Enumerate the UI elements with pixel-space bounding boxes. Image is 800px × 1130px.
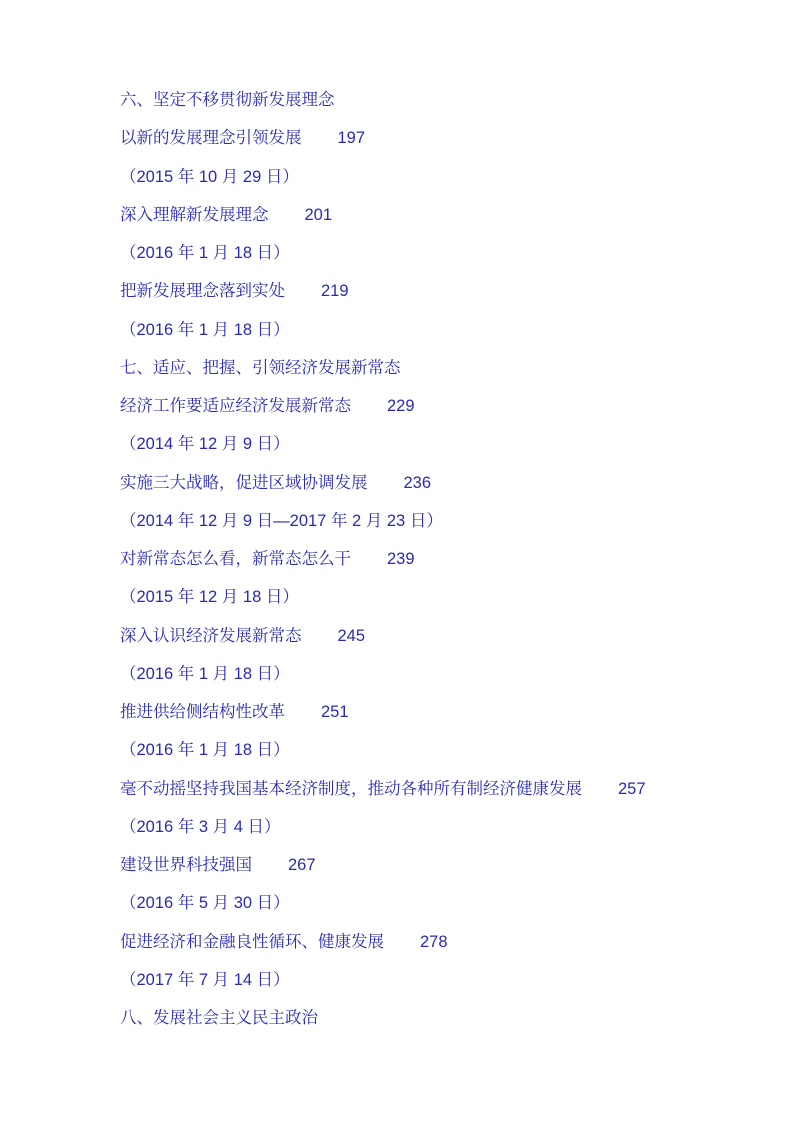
toc-page-number: 245 [338,617,366,655]
toc-entry: 经济工作要适应经济发展新常态229 [120,387,760,425]
document-page: 六、坚定不移贯彻新发展理念以新的发展理念引领发展197（2015 年 10 月 … [0,0,800,1130]
toc-entry-date: （2016 年 1 月 18 日） [120,731,760,769]
toc-entry: 对新常态怎么看，新常态怎么干239 [120,540,760,578]
toc-entry: 推进供给侧结构性改革251 [120,693,760,731]
toc-section-header: 七、适应、把握、引领经济发展新常态 [120,349,760,387]
toc-entry-date: （2015 年 10 月 29 日） [120,158,760,196]
toc-entry-date-text: （2014 年 12 月 9 日—2017 年 2 月 23 日） [120,512,443,530]
toc-entry-title: 实施三大战略，促进区域协调发展 [120,474,368,492]
toc-section-header: 八、发展社会主义民主政治 [120,999,760,1037]
toc-entry-date: （2016 年 1 月 18 日） [120,234,760,272]
toc-entry-date-text: （2016 年 5 月 30 日） [120,894,290,912]
toc-entry-title: 把新发展理念落到实处 [120,282,285,300]
toc-entry-date-text: （2014 年 12 月 9 日） [120,435,290,453]
toc-entry-date: （2016 年 5 月 30 日） [120,884,760,922]
toc-entry: 促进经济和金融良性循环、健康发展278 [120,923,760,961]
toc-entry-title: 建设世界科技强国 [120,856,252,874]
toc-entry-date: （2014 年 12 月 9 日—2017 年 2 月 23 日） [120,502,760,540]
toc-entry-title: 深入理解新发展理念 [120,206,269,224]
toc-entry-date-text: （2015 年 12 月 18 日） [120,588,299,606]
toc-entry: 深入认识经济发展新常态245 [120,617,760,655]
toc-section-title: 六、坚定不移贯彻新发展理念 [120,91,335,109]
toc-entry-title: 促进经济和金融良性循环、健康发展 [120,933,384,951]
toc-entry-date-text: （2016 年 1 月 18 日） [120,665,290,683]
toc-entry: 毫不动摇坚持我国基本经济制度，推动各种所有制经济健康发展257 [120,770,760,808]
toc-entry: 实施三大战略，促进区域协调发展236 [120,464,760,502]
toc-entry: 把新发展理念落到实处219 [120,272,760,310]
toc-page-number: 267 [288,846,316,884]
toc-entry-title: 对新常态怎么看，新常态怎么干 [120,550,351,568]
toc-page-number: 219 [321,272,349,310]
toc-page-number: 257 [618,770,646,808]
toc-entry-date-text: （2015 年 10 月 29 日） [120,168,299,186]
toc-entry-date-text: （2016 年 1 月 18 日） [120,741,290,759]
toc-page-number: 229 [387,387,415,425]
toc-entry-date: （2014 年 12 月 9 日） [120,425,760,463]
toc-section-title: 八、发展社会主义民主政治 [120,1009,318,1027]
toc-entry-date: （2015 年 12 月 18 日） [120,578,760,616]
toc-entry: 以新的发展理念引领发展197 [120,119,760,157]
toc-entry-date: （2016 年 1 月 18 日） [120,311,760,349]
toc-page-number: 239 [387,540,415,578]
toc-section-header: 六、坚定不移贯彻新发展理念 [120,81,760,119]
toc-page-number: 197 [338,119,366,157]
toc-entry: 深入理解新发展理念201 [120,196,760,234]
toc-page-number: 201 [305,196,333,234]
toc-entry-date-text: （2017 年 7 月 14 日） [120,971,290,989]
table-of-contents: 六、坚定不移贯彻新发展理念以新的发展理念引领发展197（2015 年 10 月 … [0,0,800,1037]
toc-entry-title: 经济工作要适应经济发展新常态 [120,397,351,415]
toc-entry-date-text: （2016 年 1 月 18 日） [120,244,290,262]
toc-entry-date-text: （2016 年 3 月 4 日） [120,818,280,836]
toc-entry-title: 推进供给侧结构性改革 [120,703,285,721]
toc-page-number: 236 [404,464,432,502]
toc-entry-title: 毫不动摇坚持我国基本经济制度，推动各种所有制经济健康发展 [120,780,582,798]
toc-entry-title: 深入认识经济发展新常态 [120,627,302,645]
toc-page-number: 251 [321,693,349,731]
toc-entry-date: （2016 年 3 月 4 日） [120,808,760,846]
toc-section-title: 七、适应、把握、引领经济发展新常态 [120,359,401,377]
toc-entry-date: （2016 年 1 月 18 日） [120,655,760,693]
toc-entry-title: 以新的发展理念引领发展 [120,129,302,147]
toc-entry-date-text: （2016 年 1 月 18 日） [120,321,290,339]
toc-entry-date: （2017 年 7 月 14 日） [120,961,760,999]
toc-entry: 建设世界科技强国267 [120,846,760,884]
toc-page-number: 278 [420,923,448,961]
